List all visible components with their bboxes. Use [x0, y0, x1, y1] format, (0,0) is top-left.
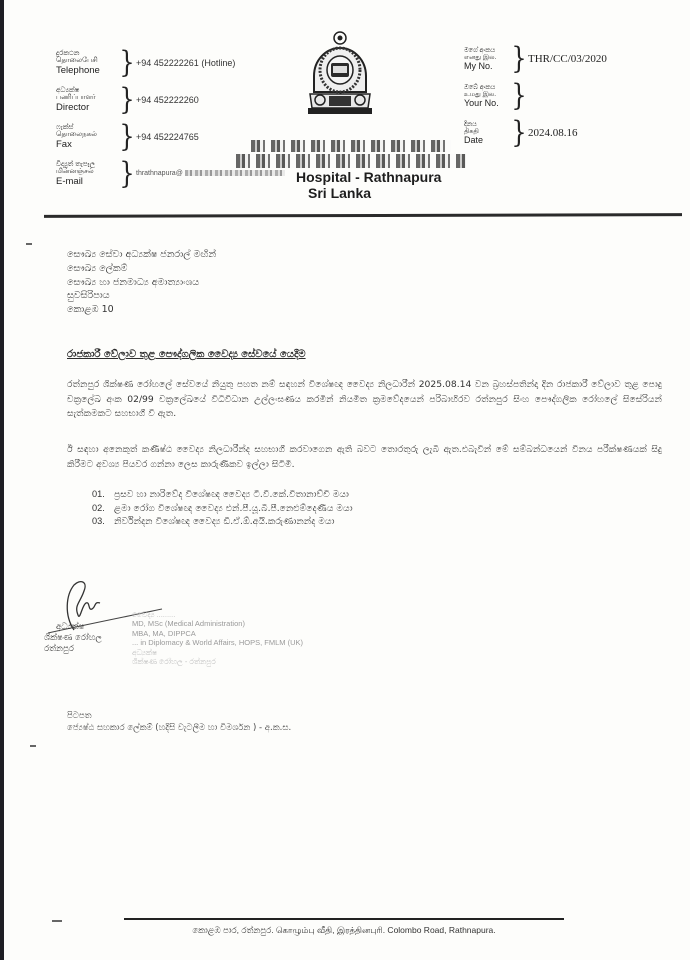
cc-line: ජ්‍යෙෂ්ඨ සහකාර ලේකම් (හදිසි වැටලීම හා වි… — [67, 722, 291, 734]
list-item: 03.නිර්වින්දන විශේෂඥ වෛද්‍ය ඩී.ඒ.ඕ.අයි.ක… — [92, 515, 353, 529]
label-en: Director — [56, 102, 118, 113]
label-ta: மின்னஞ்சல் — [56, 168, 94, 175]
label-si: විද්‍යුත් තැපෑල — [56, 161, 95, 168]
brace-icon: } — [119, 159, 130, 189]
ref-date: දිනය திகதி Date } 2024.08.16 — [464, 114, 684, 151]
label-si: මගේ අංකය — [464, 47, 495, 54]
footer-divider — [124, 918, 564, 920]
smudged-tamil-name — [236, 154, 466, 168]
brace-icon: } — [119, 48, 130, 78]
doctor-list: 01.ප්‍රසව හා නාරිවේද විශේෂඥ වෛද්‍ය ටී.වී… — [92, 488, 353, 529]
label-si: දුරකථන — [56, 50, 79, 57]
label-ta: உமது இல. — [464, 91, 496, 98]
director-value: +94 452222260 — [136, 95, 199, 105]
label-en: Fax — [56, 139, 118, 150]
header-divider — [44, 213, 682, 218]
addressee-line: කොළඹ 10 — [67, 303, 216, 317]
my-no-value: THR/CC/03/2020 — [528, 53, 607, 65]
signatory-title: අධ්‍යක්ෂ ශික්ෂණ රෝහල රත්නපුර — [44, 622, 102, 655]
list-item: 02.ළමා රෝග විශේෂඥ වෛද්‍ය එන්.පී.යූ.බී.පී… — [92, 502, 353, 516]
ref-my-no: මගේ අංකය எனது இல. My No. } THR/CC/03/202… — [464, 40, 684, 77]
margin-mark — [52, 920, 62, 922]
copy-to-block: පිටපත ජ්‍යෙෂ්ඨ සහකාර ලේකම් (හදිසි වැටලීම… — [67, 710, 291, 734]
national-emblem-icon — [302, 30, 378, 120]
hospital-name-en: Hospital - Rathnapura — [266, 170, 476, 185]
label-en: E-mail — [56, 176, 118, 187]
list-item: 01.ප්‍රසව හා නාරිවේද විශේෂඥ වෛද්‍ය ටී.වී… — [92, 488, 353, 502]
margin-mark — [26, 243, 32, 245]
country-name: Sri Lanka — [226, 185, 476, 201]
reference-block: මගේ අංකය எனது இல. My No. } THR/CC/03/202… — [464, 40, 684, 151]
official-stamp: වෛද්‍ය ......... MD, MSc (Medical Admini… — [132, 610, 303, 666]
body-paragraph-1: රත්නපුර ශික්ෂණ රෝහලේ සේවයේ නියුතු පහත නම… — [67, 378, 662, 422]
label-ta: தொலைபேசி — [56, 57, 98, 64]
label-en: Your No. — [464, 98, 510, 108]
hospital-name-block: Hospital - Rathnapura Sri Lanka — [226, 140, 476, 201]
label-en: Date — [464, 135, 510, 145]
addressee-line: සුවසිරිපාය — [67, 289, 216, 303]
label-si: අධ්‍යක්ෂ — [56, 87, 79, 94]
label-en: Telephone — [56, 65, 118, 76]
addressee-line: සෞඛ්‍ය හා ජනමාධ්‍ය අමාත්‍යාංශය — [67, 276, 216, 290]
fax-value: +94 452224765 — [136, 132, 199, 142]
label-ta: பணிப்பாளர் — [56, 94, 96, 101]
telephone-value: +94 452222261 (Hotline) — [136, 58, 235, 68]
letter-page: දුරකථන தொலைபேசி Telephone } +94 45222226… — [4, 0, 690, 960]
brace-icon: } — [511, 81, 522, 111]
footer-address: කොළඹ පාර, රත්නපුර. கொழும்பு வீதி, இரத்தி… — [124, 925, 564, 937]
label-ta: எனது இல. — [464, 54, 496, 61]
label-ta: தொலைநகல் — [56, 131, 97, 138]
label-si: දිනය — [464, 121, 477, 128]
subject-heading: රාජකාරී වේලාව තුළ පෞද්ගලික වෛද්‍ය සේවයේ … — [67, 349, 306, 360]
contact-telephone: දුරකථන தொலைபேசி Telephone } +94 45222226… — [56, 44, 296, 81]
label-si: ෆැක්ස් — [56, 124, 73, 131]
brace-icon: } — [119, 85, 130, 115]
brace-icon: } — [511, 44, 522, 74]
label-en: My No. — [464, 61, 510, 71]
margin-mark — [30, 745, 36, 747]
brace-icon: } — [119, 122, 130, 152]
label-si: ඔබේ අංකය — [464, 84, 495, 91]
brace-icon: } — [511, 118, 522, 148]
smudged-sinhala-name — [251, 140, 451, 152]
date-value: 2024.08.16 — [528, 127, 578, 139]
addressee-line: සෞඛ්‍ය සේවා අධ්‍යක්ෂ ජනරාල් මඟින් — [67, 248, 216, 262]
label-ta: திகதி — [464, 128, 479, 135]
contact-director: අධ්‍යක්ෂ பணிப்பாளர் Director } +94 45222… — [56, 81, 296, 118]
addressee-line: සෞඛ්‍ය ලේකම් — [67, 262, 216, 276]
addressee-block: සෞඛ්‍ය සේවා අධ්‍යක්ෂ ජනරාල් මඟින් සෞඛ්‍ය… — [67, 248, 216, 317]
body-paragraph-2: ඊ සඳහා අනෙකුත් කණිෂ්ඨ වෛද්‍ය නිලධාරීන්ද … — [67, 443, 662, 472]
ref-your-no: ඔබේ අංකය உமது இல. Your No. } — [464, 77, 684, 114]
cc-heading: පිටපත — [67, 710, 291, 722]
